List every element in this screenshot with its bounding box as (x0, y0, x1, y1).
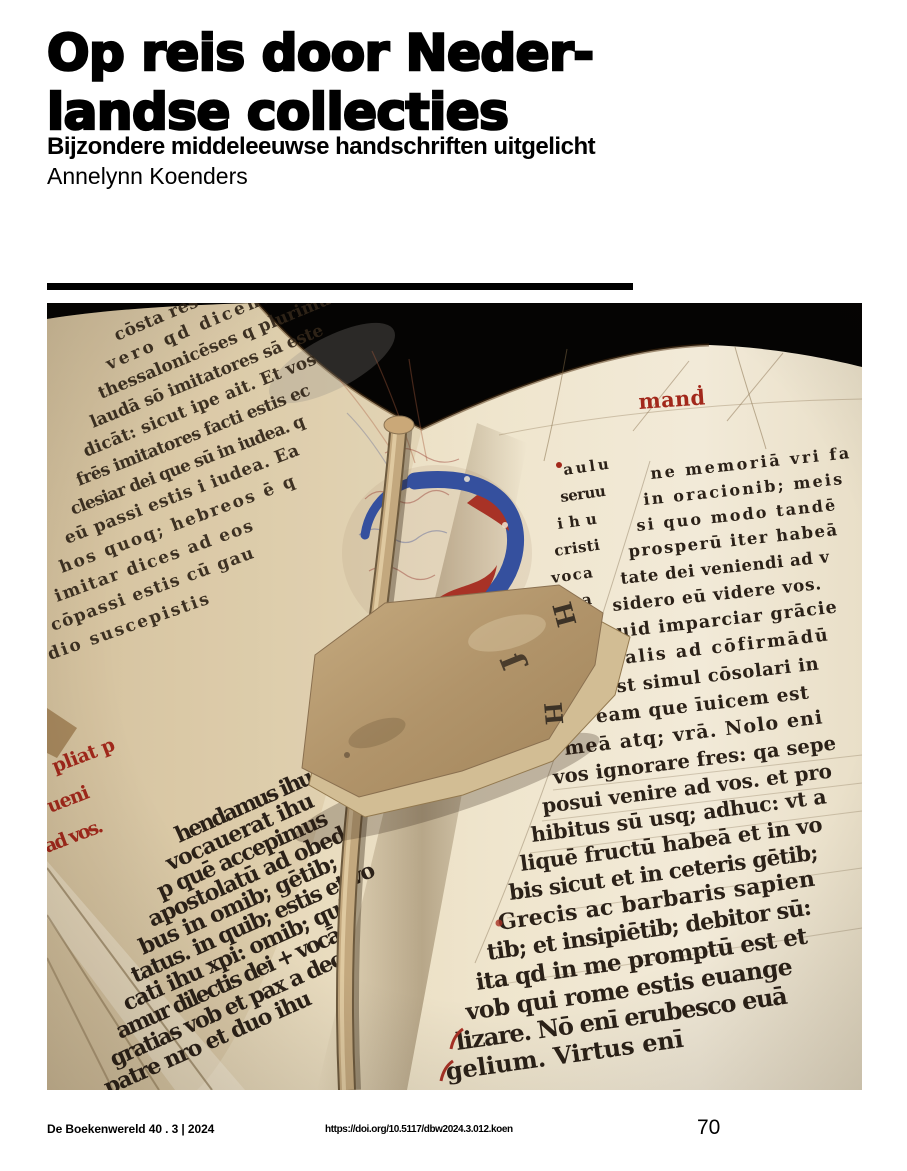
footer-page-number: 70 (697, 1116, 720, 1140)
page-subtitle: Bijzondere middeleeuwse handschriften ui… (47, 133, 595, 161)
section-rule (47, 283, 633, 290)
manuscript-photo: cōsta res iuein. De hebre vero qd dicend… (47, 303, 862, 1090)
author-byline: Annelynn Koenders (47, 163, 248, 190)
page-title: Op reis door Neder- landse collecties (47, 24, 594, 142)
magazine-page: Op reis door Neder- landse collecties Bi… (0, 0, 907, 1171)
figure-photo: cōsta res iuein. De hebre vero qd dicend… (47, 303, 862, 1090)
page-title-line1: Op reis door Neder- (47, 24, 594, 83)
footer-doi-link[interactable]: https://doi.org/10.5117/dbw2024.3.012.ko… (325, 1124, 513, 1135)
photo-vignette (47, 303, 862, 1090)
footer-journal: De Boekenwereld 40 . 3 | 2024 (47, 1122, 214, 1136)
